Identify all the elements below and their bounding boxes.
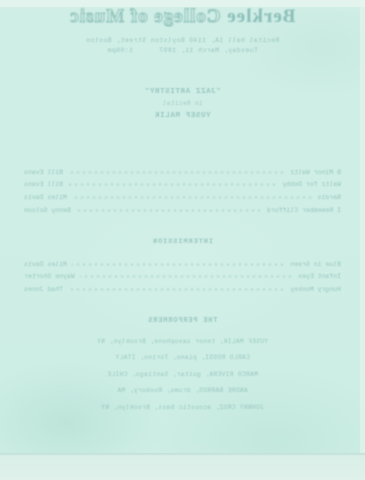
dot-leader xyxy=(68,171,285,174)
piece-title: Blue in Green xyxy=(290,261,341,268)
dot-leader xyxy=(72,263,285,266)
piece-composer: Thad Jones xyxy=(24,286,63,293)
piece-composer: Wayne Shorter xyxy=(24,273,75,280)
dot-leader xyxy=(80,275,293,278)
time-text: 1:00pm xyxy=(107,47,133,54)
program-row: Blue in Green Miles Davis xyxy=(24,258,341,271)
intermission-heading: INTERMISSION xyxy=(0,238,365,246)
piece-title: I Remember Clifford xyxy=(267,207,341,214)
scan-bottom-edge xyxy=(0,453,365,480)
berklee-logo: Berklee College of Music xyxy=(0,6,365,28)
program-first-half: B Minor Waltz Bill Evans Waltz for Debby… xyxy=(24,166,341,216)
berklee-logo-college-of-music: College of Music xyxy=(69,6,220,27)
performers-heading: THE PERFORMERS xyxy=(0,317,365,325)
performer-line: CARLO ROSSI, piano, Torino, ITALY xyxy=(0,354,365,370)
performer-line: MARCO RIVERA, guitar, Santiago, CHILE xyxy=(0,371,365,387)
piece-composer: Bill Evans xyxy=(24,169,63,176)
date-text: Tuesday, March 11, 1997 xyxy=(159,47,258,54)
venue-line: Recital Hall 1A, 1140 Boylston Street, B… xyxy=(0,37,365,44)
piece-title: Infant Eyes xyxy=(298,273,341,280)
program-row: Infant Eyes Wayne Shorter xyxy=(24,271,341,284)
piece-title: B Minor Waltz xyxy=(290,169,341,176)
program-row: B Minor Waltz Bill Evans xyxy=(24,166,341,179)
performer-line: YUSEF MALIK, tenor saxophone, Brooklyn, … xyxy=(0,338,365,354)
scanned-program-page: Berklee College of Music Recital Hall 1A… xyxy=(0,0,365,480)
program-row: Hungry Monkey Thad Jones xyxy=(24,283,341,296)
recital-title: "JAZZ ARTISTRY" xyxy=(0,88,365,96)
dot-leader xyxy=(68,288,285,291)
piece-title: Waltz for Debby xyxy=(282,181,341,188)
recital-subtitle: in Recital xyxy=(0,100,365,107)
piece-title: Nardis xyxy=(318,194,341,201)
dot-leader xyxy=(76,209,262,212)
piece-title: Hungry Monkey xyxy=(290,286,341,293)
program-row: I Remember Clifford Benny Golson xyxy=(24,204,341,217)
program-row: Waltz for Debby Bill Evans xyxy=(24,179,341,192)
piece-composer: Miles Davis xyxy=(24,261,67,268)
mirrored-showthrough-content: Berklee College of Music Recital Hall 1A… xyxy=(0,0,365,453)
performer-line: ANDRE BARROS, drums, Roxbury, MA xyxy=(0,387,365,403)
dot-leader xyxy=(68,183,277,186)
date-time-line: Tuesday, March 11, 19971:00pm xyxy=(0,47,365,54)
recital-performer-name: YUSEF MALIK xyxy=(0,112,365,120)
performer-line: JOHNNY CRUZ, acoustic bass, Brooklyn, NY xyxy=(0,404,365,420)
piece-composer: Benny Golson xyxy=(24,207,71,214)
performers-list: YUSEF MALIK, tenor saxophone, Brooklyn, … xyxy=(0,338,365,420)
program-second-half: Blue in Green Miles Davis Infant Eyes Wa… xyxy=(24,258,341,296)
piece-composer: Miles Davis xyxy=(24,194,67,201)
berklee-logo-wordmark: Berklee xyxy=(226,6,295,27)
dot-leader xyxy=(72,196,313,199)
program-row: Nardis Miles Davis xyxy=(24,191,341,204)
piece-composer: Bill Evans xyxy=(24,181,63,188)
